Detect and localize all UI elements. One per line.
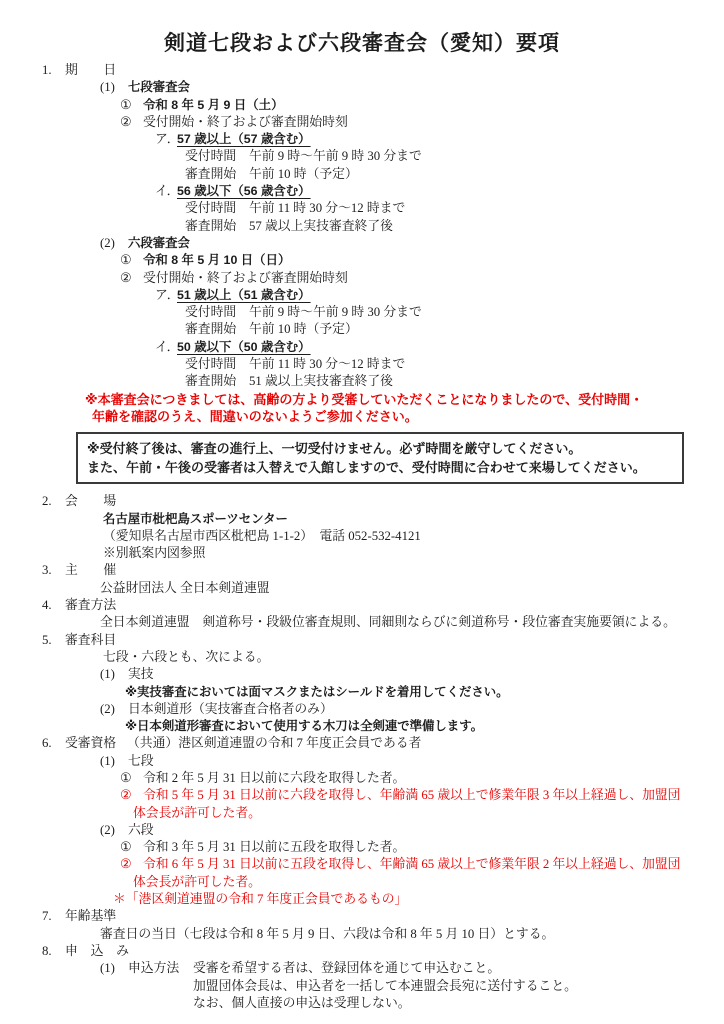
- item-marker: (1): [100, 753, 128, 770]
- section-number: 8.: [42, 943, 65, 960]
- rokudan-group-b-title: 50 歳以下（50 歳含む）: [177, 340, 311, 354]
- section-method-header: 4.審査方法: [0, 597, 724, 614]
- section-venue-header: 2.会 場: [0, 493, 724, 510]
- section-label: 主 催: [65, 563, 116, 577]
- nanadan-exam-title: 七段審査会: [128, 80, 190, 94]
- application-method-row: (1)申込方法受審を希望する者は、登録団体を通じて申込むこと。: [0, 960, 724, 977]
- section-number: 6.: [42, 735, 65, 752]
- rule-text: 令和 3 年 5 月 31 日以前に五段を取得した者。: [143, 840, 405, 854]
- section-age-header: 7.年齢基準: [0, 908, 724, 925]
- nanadan-date: 令和 8 年 5 月 9 日（土）: [143, 98, 283, 112]
- section-label: 審査方法: [65, 598, 116, 612]
- circled-2-marker: ②: [120, 114, 143, 131]
- eligibility-rokudan-rule1: ①令和 3 年 5 月 31 日以前に五段を取得した者。: [0, 839, 724, 856]
- rokudan-time-label: 受付開始・終了および審査開始時刻: [143, 271, 348, 285]
- item-marker: (2): [100, 235, 128, 252]
- nanadan-group-a-header: ア．57 歳以上（57 歳含む）: [0, 131, 724, 148]
- reception-notice-box: ※受付終了後は、審査の進行上、一切受付けません。必ず時間を厳守してください。 ま…: [76, 432, 684, 484]
- nanadan-b-exam-start: 審査開始 57 歳以上実技審査終了後: [0, 218, 724, 235]
- nanadan-exam-header: (1)七段審査会: [0, 79, 724, 96]
- age-basis-body: 審査日の当日（七段は令和 8 年 5 月 9 日、六段は令和 8 年 5 月 1…: [0, 926, 724, 943]
- circled-2-marker: ②: [120, 270, 143, 287]
- section-number: 2.: [42, 493, 65, 510]
- circled-1-marker: ①: [120, 97, 143, 114]
- nanadan-time-label-row: ②受付開始・終了および審査開始時刻: [0, 114, 724, 131]
- method-body: 全日本剣道連盟 剣道称号・段級位審査規則、同細則ならびに剣道称号・段位審査実施要…: [0, 614, 724, 631]
- nanadan-group-b-header: イ．56 歳以下（56 歳含む）: [0, 183, 724, 200]
- eligibility-nanadan-rule1: ①令和 2 年 5 月 31 日以前に六段を取得した者。: [0, 770, 724, 787]
- subject-jitsugi: 実技: [128, 667, 154, 681]
- item-marker: (2): [100, 701, 128, 718]
- eligibility-rokudan-label: 六段: [128, 823, 154, 837]
- section-period-header: 1.期 日: [0, 62, 724, 79]
- circled-2-marker: ②: [120, 856, 143, 873]
- rokudan-time-label-row: ②受付開始・終了および審査開始時刻: [0, 270, 724, 287]
- section-subjects-header: 5.審査科目: [0, 632, 724, 649]
- section-label: 申 込 み: [65, 944, 129, 958]
- eligibility-rokudan-rule2: ②令和 6 年 5 月 31 日以前に五段を取得し、年齢満 65 歳以上で修業年…: [0, 856, 724, 873]
- venue-name: 名古屋市枇杷島スポーツセンター: [0, 511, 724, 528]
- section-label: 期 日: [65, 63, 116, 77]
- section-eligibility-header: 6.受審資格（共通）港区剣道連盟の令和 7 年度正会員である者: [0, 735, 724, 752]
- subject-jitsugi-row: (1)実技: [0, 666, 724, 683]
- kana-i-marker: イ．: [155, 339, 177, 356]
- subject-kata-row: (2)日本剣道形（実技審査合格者のみ）: [0, 701, 724, 718]
- kana-i-marker: イ．: [155, 183, 177, 200]
- circled-1-marker: ①: [120, 839, 143, 856]
- section-number: 4.: [42, 597, 65, 614]
- subjects-intro: 七段・六段とも、次による。: [0, 649, 724, 666]
- venue-map-note: ※別紙案内図参照: [0, 545, 724, 562]
- rokudan-exam-title: 六段審査会: [128, 236, 190, 250]
- application-method-label: 申込方法: [128, 960, 193, 977]
- eligibility-nanadan-rule2: ②令和 5 年 5 月 31 日以前に六段を取得し、年齢満 65 歳以上で修業年…: [0, 787, 724, 804]
- application-method-line3: なお、個人直接の申込は受理しない。: [0, 995, 724, 1012]
- eligibility-nanadan-label: 七段: [128, 754, 154, 768]
- eligibility-common: （共通）港区剣道連盟の令和 7 年度正会員である者: [127, 736, 421, 750]
- rule-text: 令和 6 年 5 月 31 日以前に五段を取得し、年齢満 65 歳以上で修業年限…: [143, 857, 680, 871]
- section-number: 5.: [42, 632, 65, 649]
- organizer-name: 公益財団法人 全日本剣道連盟: [0, 580, 724, 597]
- age-warning-line2: 年齢を確認のうえ、間違いのないようご参加ください。: [0, 408, 724, 425]
- section-number: 3.: [42, 562, 65, 579]
- section-number: 1.: [42, 62, 65, 79]
- section-organizer-header: 3.主 催: [0, 562, 724, 579]
- item-marker: (1): [100, 960, 128, 977]
- section-label: 受審資格: [65, 735, 127, 752]
- rokudan-group-a-title: 51 歳以上（51 歳含む）: [177, 288, 311, 302]
- section-label: 年齢基準: [65, 909, 116, 923]
- circled-1-marker: ①: [120, 252, 143, 269]
- circled-1-marker: ①: [120, 770, 143, 787]
- eligibility-rokudan-header: (2)六段: [0, 822, 724, 839]
- rokudan-a-exam-start: 審査開始 午前 10 時（予定）: [0, 321, 724, 338]
- nanadan-a-reception-time: 受付時間 午前 9 時～午前 9 時 30 分まで: [0, 148, 724, 165]
- rokudan-group-b-header: イ．50 歳以下（50 歳含む）: [0, 339, 724, 356]
- item-marker: (1): [100, 666, 128, 683]
- kana-a-marker: ア．: [155, 131, 177, 148]
- rokudan-exam-header: (2)六段審査会: [0, 235, 724, 252]
- section-application-header: 8.申 込 み: [0, 943, 724, 960]
- eligibility-rokudan-rule2-cont: 体会長が許可した者。: [0, 874, 724, 891]
- kana-a-marker: ア．: [155, 287, 177, 304]
- section-label: 審査科目: [65, 633, 116, 647]
- notice-line1: ※受付終了後は、審査の進行上、一切受付けません。必ず時間を厳守してください。: [87, 439, 673, 458]
- item-marker: (1): [100, 79, 128, 96]
- subject-kata: 日本剣道形（実技審査合格者のみ）: [128, 702, 333, 716]
- eligibility-nanadan-rule2-cont: 体会長が許可した者。: [0, 805, 724, 822]
- rokudan-b-exam-start: 審査開始 51 歳以上実技審査終了後: [0, 373, 724, 390]
- nanadan-group-b-title: 56 歳以下（56 歳含む）: [177, 184, 311, 198]
- section-number: 7.: [42, 908, 65, 925]
- eligibility-nanadan-header: (1)七段: [0, 753, 724, 770]
- venue-address: （愛知県名古屋市西区枇杷島 1-1-2） 電話 052-532-4121: [0, 528, 724, 545]
- rokudan-b-reception-time: 受付時間 午前 11 時 30 分～12 時まで: [0, 356, 724, 373]
- circled-2-marker: ②: [120, 787, 143, 804]
- rokudan-date-row: ①令和 8 年 5 月 10 日（日）: [0, 252, 724, 269]
- rokudan-date: 令和 8 年 5 月 10 日（日）: [143, 253, 290, 267]
- nanadan-b-reception-time: 受付時間 午前 11 時 30 分～12 時まで: [0, 200, 724, 217]
- notice-line2: また、午前・午後の受審者は入替えで入館しますので、受付時間に合わせて来場してくだ…: [87, 458, 673, 477]
- rule-text: 令和 5 年 5 月 31 日以前に六段を取得し、年齢満 65 歳以上で修業年限…: [143, 788, 680, 802]
- nanadan-date-row: ①令和 8 年 5 月 9 日（土）: [0, 97, 724, 114]
- subject-kata-note: ※日本剣道形審査において使用する木刀は全剣連で準備します。: [0, 718, 724, 735]
- age-warning-line1: ※本審査会につきましては、高齢の方より受審していただくことになりましたので、受付…: [0, 391, 724, 408]
- application-method-line1: 受審を希望する者は、登録団体を通じて申込むこと。: [193, 961, 500, 975]
- nanadan-group-a-title: 57 歳以上（57 歳含む）: [177, 132, 311, 146]
- nanadan-time-label: 受付開始・終了および審査開始時刻: [143, 115, 348, 129]
- rokudan-a-reception-time: 受付時間 午前 9 時～午前 9 時 30 分まで: [0, 304, 724, 321]
- page-title: 剣道七段および六段審査会（愛知）要項: [0, 0, 724, 57]
- rokudan-group-a-header: ア．51 歳以上（51 歳含む）: [0, 287, 724, 304]
- document-page: 剣道七段および六段審査会（愛知）要項 1.期 日 (1)七段審査会 ①令和 8 …: [0, 0, 724, 1024]
- section-label: 会 場: [65, 494, 116, 508]
- application-method-line2: 加盟団体会長は、申込者を一括して本連盟会長宛に送付すること。: [0, 978, 724, 995]
- item-marker: (2): [100, 822, 128, 839]
- subject-jitsugi-note: ※実技審査においては面マスクまたはシールドを着用してください。: [0, 684, 724, 701]
- nanadan-a-exam-start: 審査開始 午前 10 時（予定）: [0, 166, 724, 183]
- rule-text: 令和 2 年 5 月 31 日以前に六段を取得した者。: [143, 771, 405, 785]
- eligibility-membership-note: ＊「港区剣道連盟の令和 7 年度正会員であるもの」: [0, 891, 724, 908]
